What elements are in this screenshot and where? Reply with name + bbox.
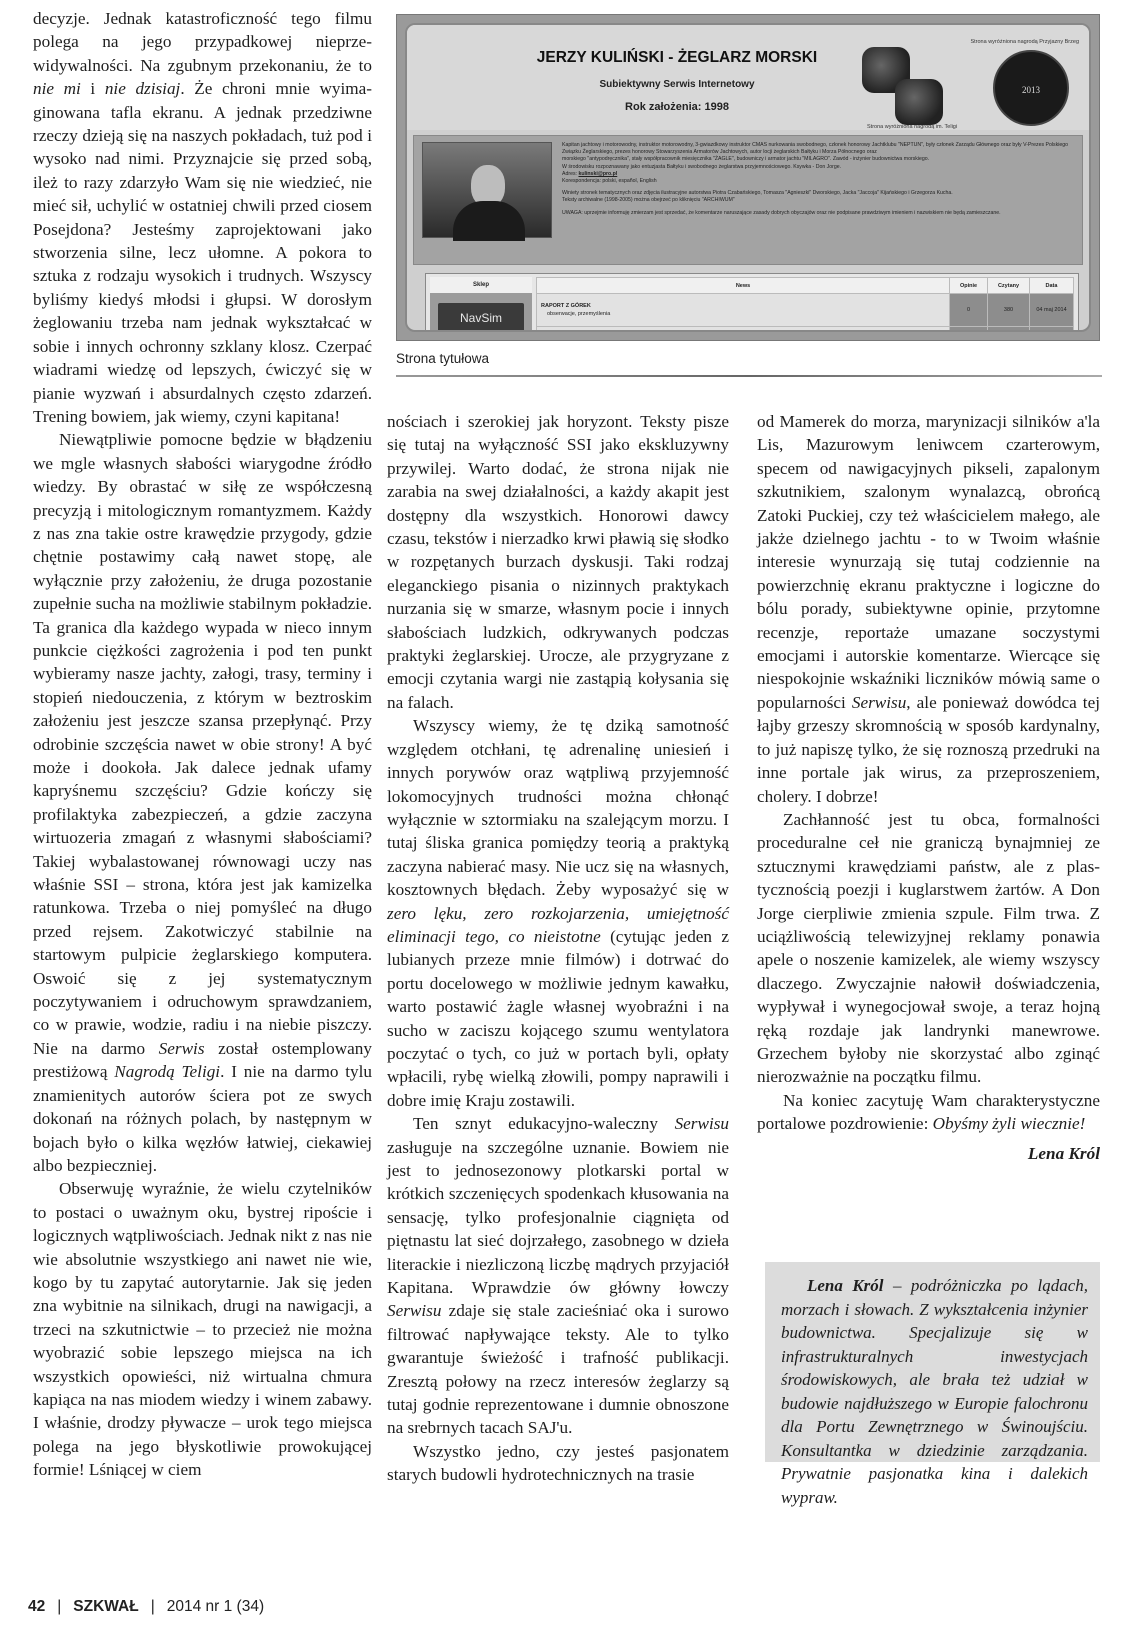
site-title: JERZY KULIŃSKI - ŻEGLARZ MORSKI <box>517 49 837 67</box>
author-photo <box>422 142 552 238</box>
page-number: 42 <box>28 1598 45 1615</box>
bio-line: W środowisku rozpoznawany jako entuzjast… <box>562 164 1076 171</box>
news-title-cell[interactable]: ROZWIĄZANIE ZAGADKI CO TO ZA JACHTokazał… <box>537 327 950 333</box>
footer-separator: | <box>57 1598 61 1615</box>
article-paragraph: od Mamerek do morza, marynizacji silnikó… <box>757 410 1100 808</box>
article-paragraph: Niewątpliwie pomocne będzie w błą­dzeniu… <box>33 428 372 1177</box>
czytany-header: Czytany <box>988 278 1030 294</box>
article-column-3: od Mamerek do morza, marynizacji silnikó… <box>757 410 1100 1165</box>
site-content-area: Sklep NavSim SERIA CRUISER News Opinie C… <box>425 273 1079 332</box>
author-bio-paragraph: Lena Król – podróżniczka po lądach, morz… <box>781 1274 1088 1509</box>
site-warning: UWAGA: uprzejmie informuję zmierzam jest… <box>562 210 1076 217</box>
opinie-cell: 0 <box>950 294 988 327</box>
news-header: News <box>537 278 950 294</box>
brzeg-award-note: Strona wyróżniona nagrodą Przyjazny Brze… <box>970 39 1079 45</box>
footer-separator: | <box>151 1598 155 1615</box>
site-bio-text: Kapitan jachtowy i motorowodny, instrukt… <box>562 142 1076 217</box>
news-row[interactable]: RAPORT Z GÓREKobserwacje, przemyślenia 0… <box>537 294 1074 327</box>
bio-line: Winiety stronek tematycznych oraz zdjęci… <box>562 190 1076 197</box>
article-paragraph: Zachłanność jest tu obca, formalności pr… <box>757 808 1100 1089</box>
bio-line: Kapitan jachtowy i motorowodny, instrukt… <box>562 142 1076 156</box>
author-signature: Lena Król <box>757 1142 1100 1165</box>
przyjazny-brzeg-medal-icon: 2013 <box>993 50 1069 126</box>
czytany-cell: 380 <box>988 294 1030 327</box>
email-link[interactable]: kulinski@pro.pl <box>578 171 617 177</box>
site-founded: Rok założenia: 1998 <box>517 101 837 113</box>
figure-caption: Strona tytułowa <box>396 351 489 366</box>
article-paragraph: Wszyscy wiemy, że tę dziką samotność wzg… <box>387 714 729 1112</box>
navsim-banner[interactable]: NavSim <box>438 303 524 332</box>
article-paragraph: nościach i szerokiej jak horyzont. Tekst… <box>387 410 729 714</box>
site-header: JERZY KULIŃSKI - ŻEGLARZ MORSKI Subiekty… <box>407 25 1089 130</box>
author-bio-name: Lena Król <box>807 1276 884 1295</box>
issue-number: 2014 nr 1 (34) <box>167 1598 264 1615</box>
article-paragraph: Ten sznyt edukacyjno-waleczny Serwisu za… <box>387 1112 729 1440</box>
author-bio-box: Lena Król – podróżniczka po lądach, morz… <box>765 1262 1100 1462</box>
date-cell: 04 maj 2014 <box>1030 294 1074 327</box>
opinie-header: Opinie <box>950 278 988 294</box>
website-frame: JERZY KULIŃSKI - ŻEGLARZ MORSKI Subiekty… <box>405 23 1091 332</box>
bio-correspondence: Korespondencja: polski, español, English <box>562 178 1076 185</box>
author-bio-text: – podróżniczka po lądach, morzach i słow… <box>781 1276 1088 1507</box>
site-bio-panel: Kapitan jachtowy i motorowodny, instrukt… <box>413 135 1083 265</box>
archive-line[interactable]: Teksty archiwalne (1998-2005) można obej… <box>562 197 1076 204</box>
teligi-award-note: Strona wyróżniona nagrodą im. Teligi <box>867 124 957 130</box>
date-cell: 04 maj 2014 <box>1030 327 1074 333</box>
article-paragraph: Na koniec zacytuję Wam charakterys­tyczn… <box>757 1089 1100 1136</box>
article-paragraph: Wszystko jedno, czy jesteś pasjonatem st… <box>387 1440 729 1487</box>
article-column-1: decyzje. Jednak katastroficzność tego fi… <box>33 7 372 1482</box>
site-subtitle: Subiektywny Serwis Internetowy <box>517 79 837 90</box>
shop-sidebar: Sklep NavSim SERIA CRUISER <box>430 277 532 331</box>
article-column-2: nościach i szerokiej jak horyzont. Tekst… <box>387 410 729 1487</box>
czytany-cell: 380 <box>988 327 1030 333</box>
article-paragraph: Obserwuję wyraźnie, że wielu czytel­nikó… <box>33 1177 372 1481</box>
caption-divider <box>396 375 1102 377</box>
shop-header: Sklep <box>430 277 532 293</box>
data-header: Data <box>1030 278 1074 294</box>
photo-body-shape <box>453 201 525 241</box>
opinie-cell: 0 <box>950 327 988 333</box>
website-screenshot-figure: JERZY KULIŃSKI - ŻEGLARZ MORSKI Subiekty… <box>396 14 1100 341</box>
teligi-medal-reverse-icon <box>895 79 943 125</box>
magazine-name: SZKWAŁ <box>73 1598 138 1615</box>
page-footer: 42|SZKWAŁ|2014 nr 1 (34) <box>28 1598 264 1616</box>
article-paragraph: decyzje. Jednak katastroficzność tego fi… <box>33 7 372 428</box>
news-row[interactable]: ROZWIĄZANIE ZAGADKI CO TO ZA JACHTokazał… <box>537 327 1074 333</box>
medal-year: 2013 <box>1022 85 1040 95</box>
news-title-cell[interactable]: RAPORT Z GÓREKobserwacje, przemyślenia <box>537 294 950 327</box>
bio-address: Adres: kulinski@pro.pl <box>562 171 1076 178</box>
news-table: News Opinie Czytany Data RAPORT Z GÓREKo… <box>536 277 1074 331</box>
bio-line: morskiego "antypodręcznika", stały współ… <box>562 156 1076 163</box>
